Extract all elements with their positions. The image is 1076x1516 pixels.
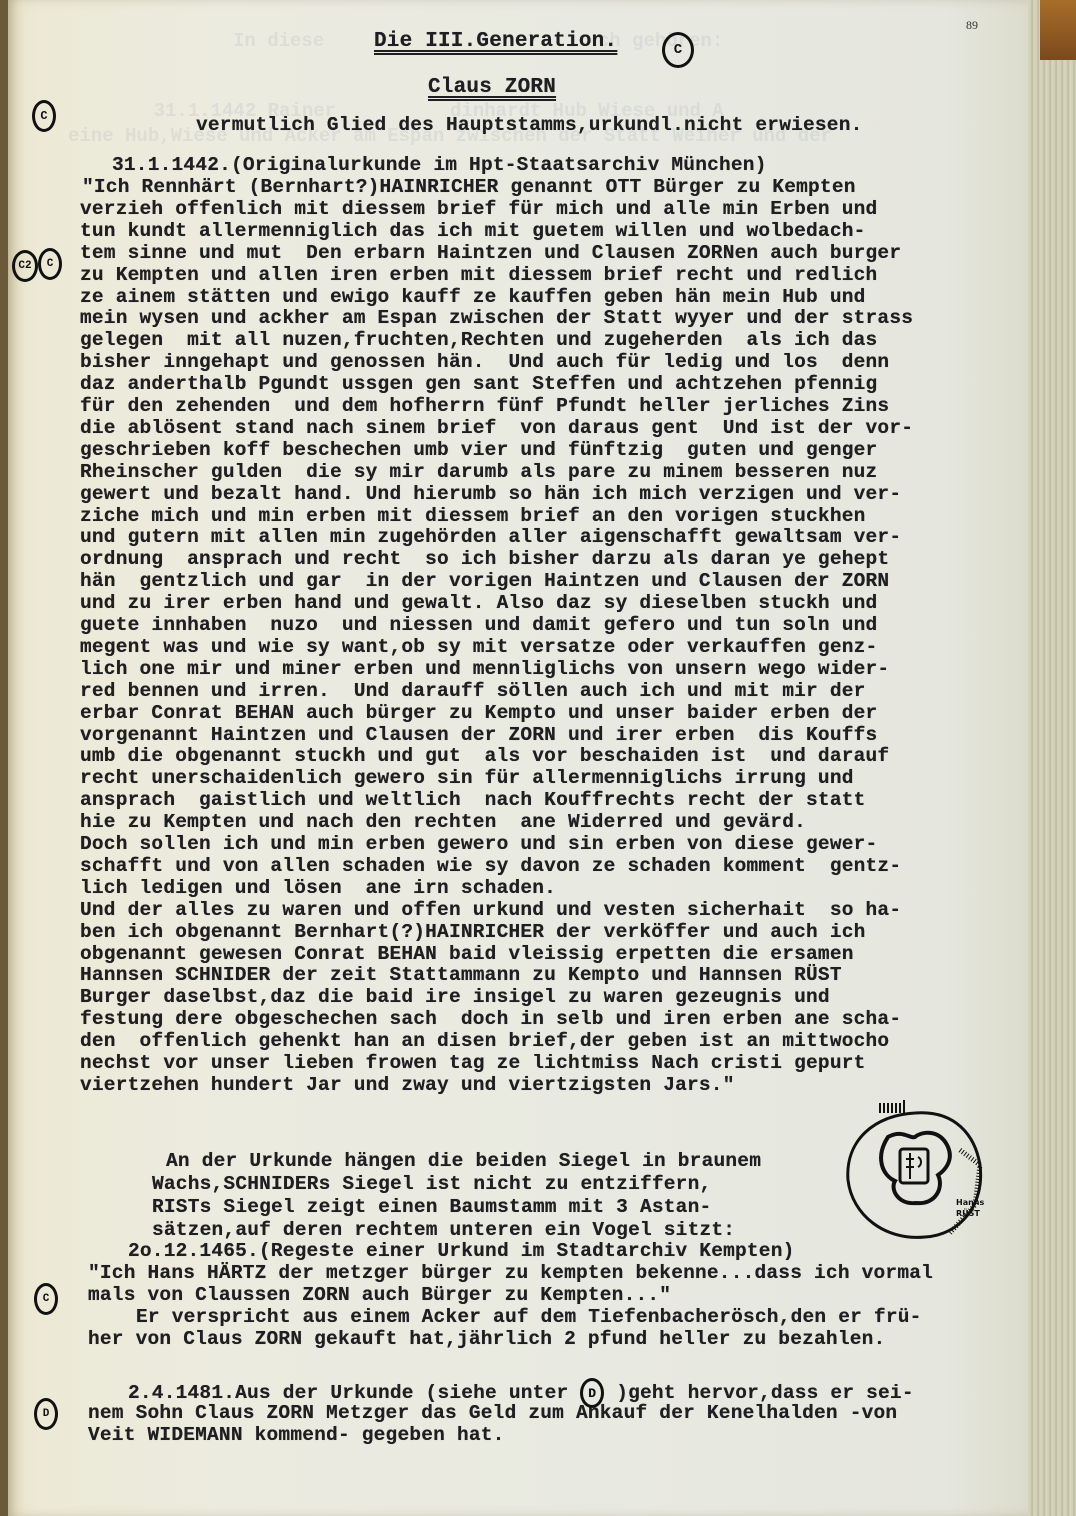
seal-caption: Hanns RÜST	[956, 1197, 984, 1219]
seal-caption-surname: RÜST	[956, 1208, 984, 1219]
document-line: den offenlich gehenkt han an disen brief…	[80, 1030, 889, 1052]
document-line: umb die obgenannt stuckh und gut als vor…	[80, 745, 889, 767]
document-line: schafft und von allen schaden wie sy dav…	[80, 855, 901, 877]
document-line: und gutern mit allen min zugehörden alle…	[80, 526, 901, 548]
margin-badge-d: D	[34, 1398, 58, 1430]
seal-note-line: Wachs,SCHNIDERs Siegel ist nicht zu entz…	[152, 1173, 711, 1195]
entry-1465-line: mals von Claussen ZORN auch Bürger zu Ke…	[88, 1284, 671, 1306]
document-line: Und der alles zu waren und offen urkund …	[80, 899, 901, 921]
generation-badge-label: C	[674, 42, 682, 58]
document-line: geschrieben koff beschechen umb vier und…	[80, 439, 877, 461]
document-line: bisher inngehapt und genossen hän. Und a…	[80, 351, 889, 373]
document-line: hän gentzlich und gar in der vorigen Hai…	[80, 570, 889, 592]
document-line: und zu irer erben hand und gewalt. Also …	[80, 592, 877, 614]
margin-badge-c: C	[38, 248, 62, 280]
document-line: nechst vor unser lieben frowen tag ze li…	[80, 1052, 866, 1074]
document-line: "Ich Rennhärt (Bernhart?)HAINRICHER gena…	[82, 176, 856, 198]
margin-badge-c: C	[34, 1283, 58, 1315]
document-line: verzieh offenlich mit diessem brief für …	[80, 198, 877, 220]
document-line: zu Kempten und allen iren erben mit dies…	[80, 264, 877, 286]
document-line: guete innhaben nuzo und niessen und dami…	[80, 614, 877, 636]
document-line: obgenannt gewesen Conrat BEHAN baid vlei…	[80, 943, 854, 965]
margin-badge-label: D	[43, 1408, 50, 1420]
document-line: festung dere obgeschechen sach doch in s…	[80, 1008, 901, 1030]
document-line: ordnung ansprach und recht so ich bisher…	[80, 548, 889, 570]
document-line: ansprach gaistlich und weltlich nach Kou…	[80, 789, 866, 811]
document-line: ziche mich und min erben mit diessem bri…	[80, 505, 866, 527]
document-line: hie zu Kempten und nach den rechten ane …	[80, 811, 806, 833]
entry-1481-line-pre: 2.4.1481.Aus der Urkunde (siehe unter	[128, 1382, 568, 1404]
seal-note-line: sätzen,auf deren rechtem unteren ein Vog…	[152, 1219, 735, 1241]
document-line: vorgenannt Haintzen und Clausen der ZORN…	[80, 724, 877, 746]
document-line: für den zehenden und dem hofherrn fünf P…	[80, 395, 889, 417]
entry-1481-line: nem Sohn Claus ZORN Metzger das Geld zum…	[88, 1402, 897, 1424]
document-line: gewert und bezalt hand. Und hierumb so h…	[80, 483, 901, 505]
document-line: lich one mir und miner erben und mennlig…	[80, 658, 889, 680]
document-line: ben ich obgenannt Bernhart(?)HAINRICHER …	[80, 921, 866, 943]
entry-1481-line: Veit WIDEMANN kommend- gegeben hat.	[88, 1424, 505, 1446]
document-line: Rheinscher gulden die sy mir darumb als …	[80, 461, 877, 483]
person-name-heading: Claus ZORN	[428, 76, 556, 99]
margin-badge-c2: C2	[12, 250, 38, 282]
book-page-edges	[1028, 0, 1076, 1516]
document-line: tem sinne und mut Den erbarn Haintzen un…	[80, 242, 901, 264]
margin-badge-label: C	[43, 1293, 50, 1305]
book-cover-corner	[1040, 0, 1076, 60]
entry-1465-date-head: 2o.12.1465.(Regeste einer Urkund im Stad…	[128, 1240, 795, 1262]
generation-title: Die III.Generation.	[374, 30, 617, 53]
document-page: In diese ch gehören: 31.1.1442 Rainer di…	[8, 0, 1028, 1516]
document-line: gelegen mit all nuzen,fruchten,Rechten u…	[80, 329, 877, 351]
seal-note-line: RISTs Siegel zeigt einen Baumstamm mit 3…	[152, 1196, 711, 1218]
page-number: 89	[966, 18, 978, 33]
margin-badge-label: C	[40, 109, 47, 123]
document-line: tun kundt allermenniglich das ich mit gu…	[80, 220, 866, 242]
generation-badge: C	[662, 32, 694, 68]
document-line: ze ainem stätten und ewigo kauff ze kauf…	[80, 286, 866, 308]
document-line: recht unerschaidenlich gewero sin für al…	[80, 767, 854, 789]
document-line: Doch sollen ich und min erben gewero und…	[80, 833, 877, 855]
seal-drawing-icon	[840, 1095, 990, 1245]
entry-1481-line-post: )geht hervor,dass er sei-	[616, 1382, 914, 1404]
entry-1465-line: "Ich Hans HÄRTZ der metzger bürger zu ke…	[88, 1262, 933, 1284]
margin-badge-c: C	[32, 100, 56, 132]
document-line: Burger daselbst,daz die baid ire insigel…	[80, 986, 830, 1008]
inline-ref-label: D	[588, 1386, 596, 1401]
entry-1465-line: Er verspricht aus einem Acker auf dem Ti…	[136, 1306, 922, 1328]
intro-line: vermutlich Glied des Hauptstamms,urkundl…	[196, 114, 863, 136]
seal-caption-first-name: Hanns	[956, 1197, 984, 1208]
document-line: lich ledigen und lösen ane irn schaden.	[80, 877, 556, 899]
document-line: daz anderthalb Pgundt ussgen gen sant St…	[80, 373, 877, 395]
document-line: Hannsen SCHNIDER der zeit Stattammann zu…	[80, 964, 842, 986]
document-line: red bennen und irren. Und darauff söllen…	[80, 680, 866, 702]
entry-1465-line: her von Claus ZORN gekauft hat,jährlich …	[88, 1328, 885, 1350]
document-line: die ablösent stand nach sinem brief von …	[80, 417, 913, 439]
document-line: viertzehen hundert Jar und zway und vier…	[80, 1074, 735, 1096]
margin-badge-label: C	[47, 258, 54, 270]
document-line: megent was und wie sy want,ob sy mit ver…	[80, 636, 877, 658]
entry-1442-date-head: 31.1.1442.(Originalurkunde im Hpt-Staats…	[112, 154, 767, 176]
margin-badge-label: C2	[18, 260, 31, 272]
seal-note-line: An der Urkunde hängen die beiden Siegel …	[166, 1150, 761, 1172]
document-line: erbar Conrat BEHAN auch bürger zu Kempto…	[80, 702, 877, 724]
document-line: mein wysen und ackher am Espan zwischen …	[80, 307, 913, 329]
